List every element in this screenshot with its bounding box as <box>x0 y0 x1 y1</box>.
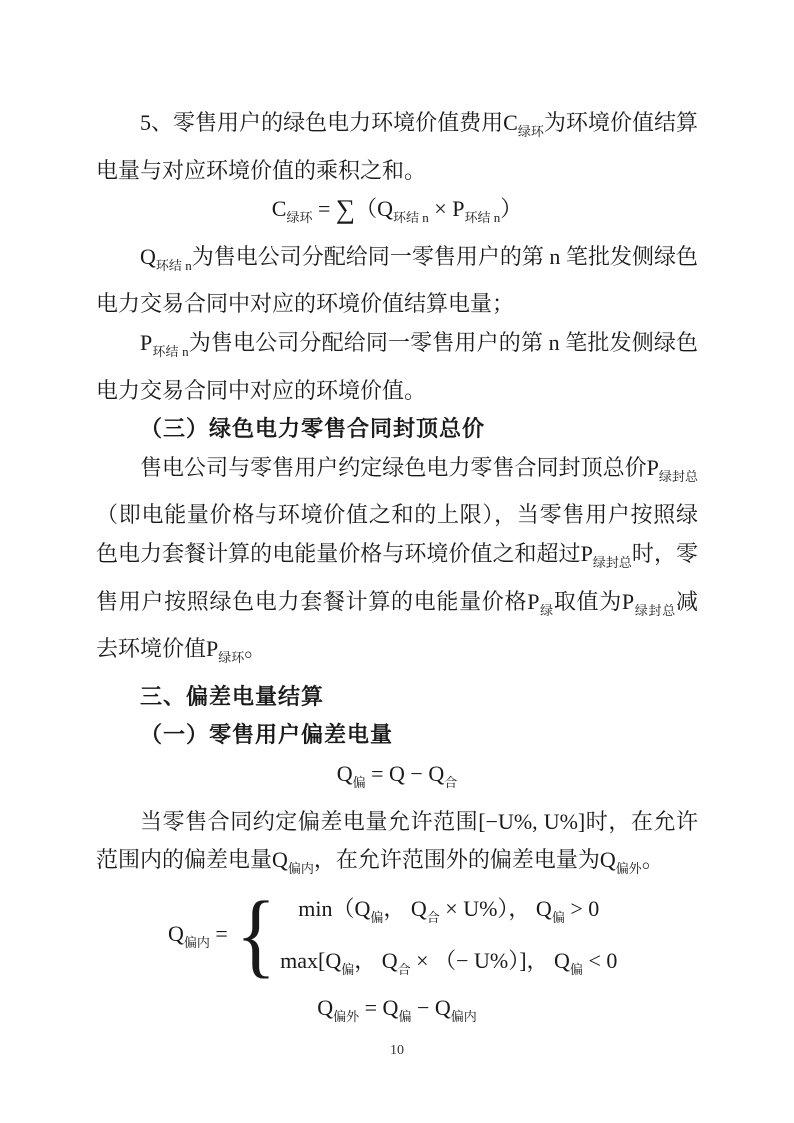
text-segment: ，在允许范围外的偏差电量为Q <box>314 847 616 872</box>
text-segment: Q <box>140 244 156 269</box>
formula-piecewise-in-range: Q偏内 = { min（Q偏， Q合 × U%）， Q偏 > 0 max[Q偏，… <box>168 891 698 987</box>
piecewise-rows: min（Q偏， Q合 × U%）， Q偏 > 0 max[Q偏， Q合 × （−… <box>280 887 617 991</box>
paragraph-deviation-range: 当零售合同约定偏差电量允许范围[−U%, U%]时，在允许范围内的偏差电量Q偏内… <box>96 803 698 889</box>
subscript-text: 绿封总 <box>593 555 632 570</box>
paragraph-p-definition: P环结 n为售电公司分配给同一零售用户的第 n 笔批发侧绿色电力交易合同中对应的… <box>96 324 698 410</box>
subscript-text: 偏外 <box>616 861 642 876</box>
text-segment: 为售电公司分配给同一零售用户的第 n 笔批发侧绿色电力交易合同中对应的环境价值结… <box>96 244 698 317</box>
sigma-symbol: ∑ <box>336 194 355 224</box>
document-content: 5、零售用户的绿色电力环境价值费用C绿环为环境价值结算电量与对应环境价值的乘积之… <box>96 104 698 1036</box>
text-segment: max[Q <box>280 948 341 973</box>
text-segment: × P <box>429 196 465 221</box>
subscript-text: 绿环 <box>518 124 544 139</box>
subscript-text: 合 <box>398 962 411 977</box>
text-segment: ， Q <box>383 896 426 921</box>
subscript-text: 绿 <box>539 603 553 618</box>
text-segment: 为售电公司分配给同一零售用户的第 n 笔批发侧绿色电力交易合同中对应的环境价值。 <box>96 330 698 403</box>
formula-out-of-range: Q偏外 = Q偏 − Q偏内 <box>96 989 698 1037</box>
piecewise-row-negative: max[Q偏， Q合 × （− U%）]， Q偏 < 0 <box>280 939 617 991</box>
paragraph-env-value-fee: 5、零售用户的绿色电力环境价值费用C绿环为环境价值结算电量与对应环境价值的乘积之… <box>96 104 698 190</box>
text-segment: ， Q <box>354 948 397 973</box>
text-segment: Q <box>317 995 333 1020</box>
text-segment: 售电公司与零售用户约定绿色电力零售合同封顶总价P <box>140 455 659 480</box>
text-segment: 5、零售用户的绿色电力环境价值费用C <box>140 110 518 135</box>
text-segment: = <box>210 921 228 946</box>
text-segment: < 0 <box>583 948 617 973</box>
text-segment: × （− U%）]， Q <box>411 948 570 973</box>
subscript-text: 绿环 <box>286 210 312 225</box>
text-segment: Q <box>337 761 353 786</box>
formula-env-value-fee: C绿环 = ∑（Q环结 n × P环结 n） <box>96 190 698 238</box>
text-segment: 。 <box>642 847 664 872</box>
paragraph-cap-total-price: 售电公司与零售用户约定绿色电力零售合同封顶总价P绿封总（即电能量价格与环境价值之… <box>96 449 698 678</box>
text-segment: ） <box>500 196 522 221</box>
text-segment: C <box>272 196 287 221</box>
subscript-text: 偏内 <box>184 935 210 950</box>
subscript-text: 绿封总 <box>634 603 676 618</box>
text-segment: 取值为P <box>554 589 634 614</box>
text-segment: 。 <box>244 636 266 661</box>
text-segment: Q <box>168 921 184 946</box>
subscript-text: 环结 n <box>152 344 188 359</box>
subscript-text: 偏 <box>353 775 366 790</box>
page-number: 10 <box>0 1043 794 1059</box>
subscript-text: 偏内 <box>451 1009 477 1024</box>
formula-deviation-quantity: Q偏 = Q − Q合 <box>96 755 698 803</box>
text-segment: > 0 <box>565 896 599 921</box>
subscript-text: 绿环 <box>218 650 244 665</box>
text-segment: = <box>312 196 335 221</box>
piecewise-row-positive: min（Q偏， Q合 × U%）， Q偏 > 0 <box>298 887 599 939</box>
piecewise-lhs: Q偏内 = <box>168 915 228 963</box>
subscript-text: 环结 n <box>393 210 429 225</box>
subscript-text: 偏 <box>341 962 354 977</box>
paragraph-q-definition: Q环结 n为售电公司分配给同一零售用户的第 n 笔批发侧绿色电力交易合同中对应的… <box>96 238 698 324</box>
subscript-text: 偏 <box>370 910 383 925</box>
subscript-text: 环结 n <box>156 258 192 273</box>
subscript-text: 偏内 <box>288 861 314 876</box>
subscript-text: 绿封总 <box>659 469 698 484</box>
curly-brace: { <box>236 889 276 983</box>
subscript-text: 偏 <box>552 910 565 925</box>
heading-retail-user-deviation: （一）零售用户偏差电量 <box>96 716 698 755</box>
subscript-text: 环结 n <box>464 210 500 225</box>
text-segment: = Q <box>359 995 398 1020</box>
text-segment: P <box>140 330 152 355</box>
text-segment: （Q <box>355 196 393 221</box>
text-segment: min（Q <box>298 896 370 921</box>
subscript-text: 偏外 <box>333 1009 359 1024</box>
text-segment: = Q − Q <box>366 761 445 786</box>
text-segment: × U%）， Q <box>440 896 552 921</box>
subscript-text: 偏 <box>570 962 583 977</box>
subscript-text: 合 <box>427 910 440 925</box>
document-page: 5、零售用户的绿色电力环境价值费用C绿环为环境价值结算电量与对应环境价值的乘积之… <box>0 0 794 1123</box>
heading-cap-total-price: （三）绿色电力零售合同封顶总价 <box>96 410 698 449</box>
subscript-text: 合 <box>444 775 457 790</box>
heading-deviation-settlement: 三、偏差电量结算 <box>96 678 698 717</box>
subscript-text: 偏 <box>398 1009 411 1024</box>
text-segment: − Q <box>411 995 450 1020</box>
